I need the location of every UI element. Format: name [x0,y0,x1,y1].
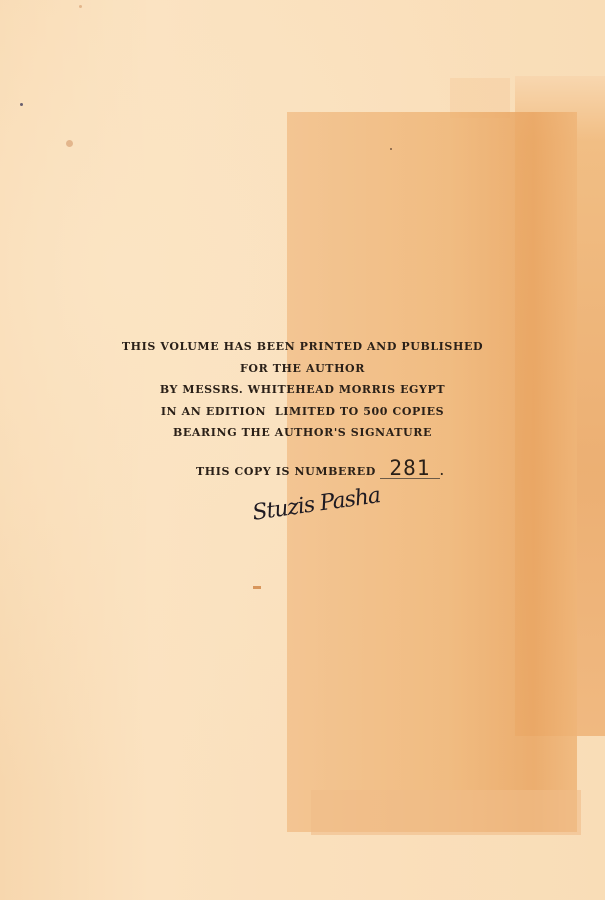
copy-number: 281 [380,458,440,479]
foxing-spot [66,140,73,147]
notice-line: IN AN EDITION LIMITED TO 500 COPIES [0,401,605,423]
ink-mark [253,586,261,589]
notice-line: BEARING THE AUTHOR'S SIGNATURE [0,422,605,444]
foxing-spot [20,103,23,106]
limitation-notice: THIS VOLUME HAS BEEN PRINTED AND PUBLISH… [0,336,605,444]
notice-line: FOR THE AUTHOR [0,358,605,380]
copy-number-suffix: . [440,465,444,478]
foxing-spot [79,5,82,8]
notice-line: THIS VOLUME HAS BEEN PRINTED AND PUBLISH… [0,336,605,358]
book-page: THIS VOLUME HAS BEEN PRINTED AND PUBLISH… [0,0,605,900]
paper-stain-bottom [311,790,581,835]
foxing-spot [390,148,392,150]
copy-number-line: THIS COPY IS NUMBERED 281 . [196,458,444,479]
notice-line: BY MESSRS. WHITEHEAD MORRIS EGYPT [0,379,605,401]
copy-number-label: THIS COPY IS NUMBERED [196,465,376,478]
